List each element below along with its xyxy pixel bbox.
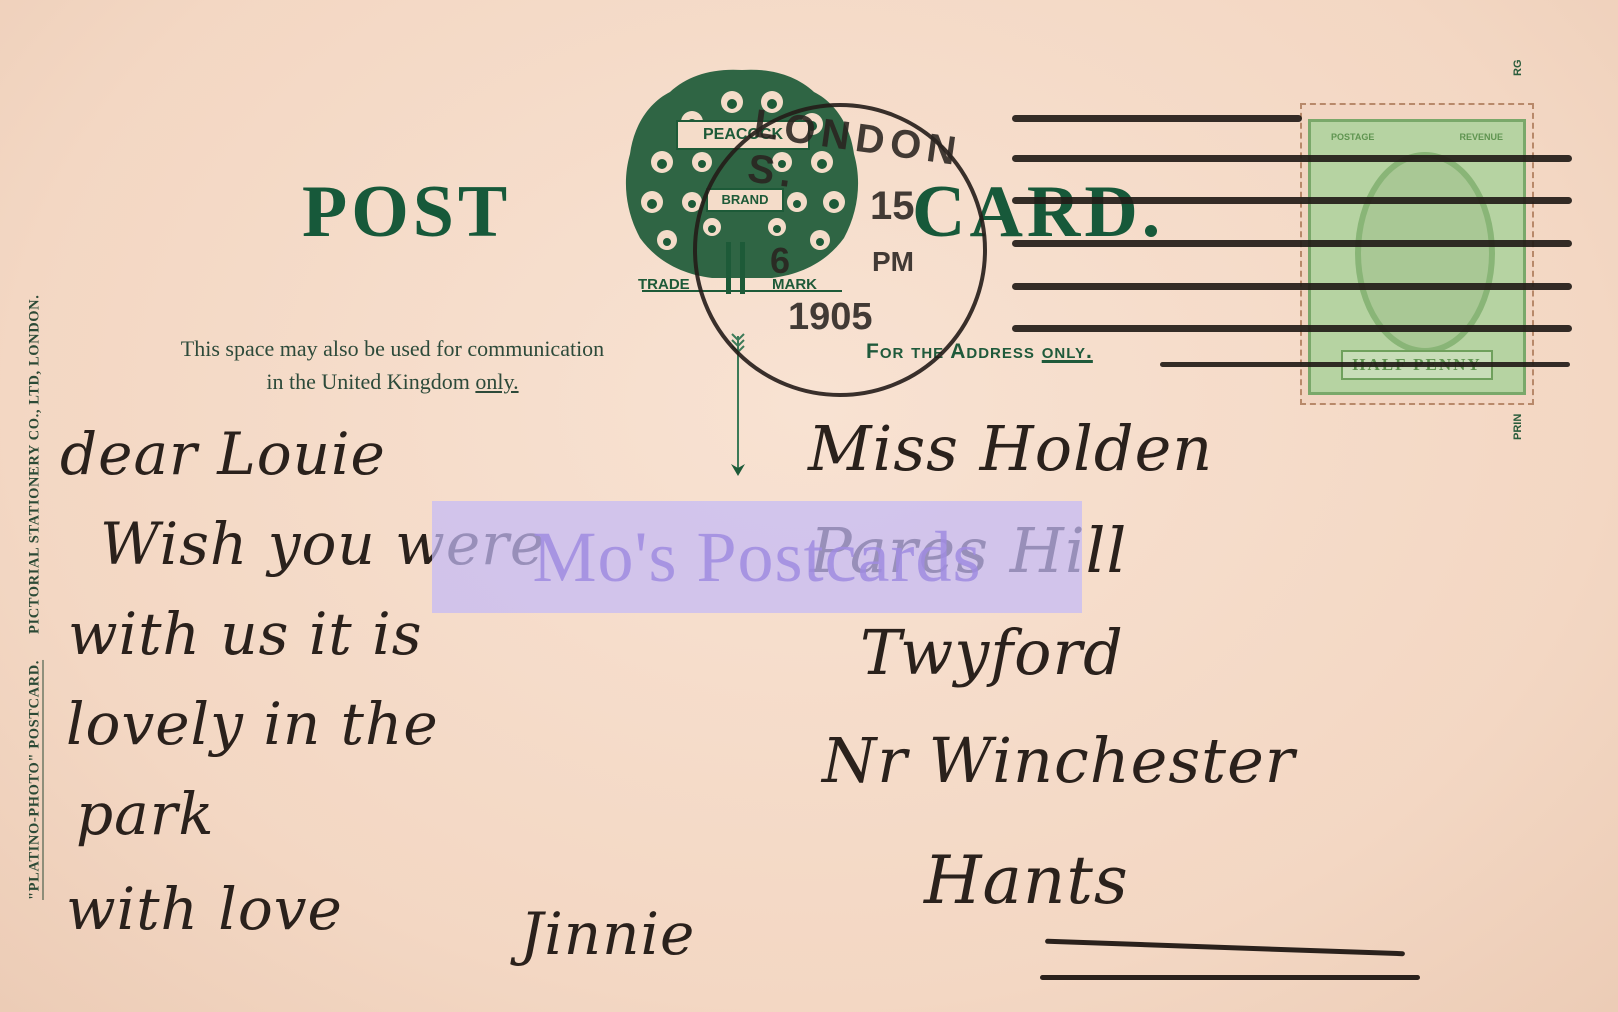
postmark-ampm: PM — [872, 246, 914, 278]
postmark-year: 1905 — [788, 296, 873, 339]
address-line: Hants — [924, 848, 1129, 914]
address-only-underlined: only. — [1042, 340, 1093, 363]
publisher-imprint: "PLATINO-PHOTO" POSTCARD. PICTORIAL STAT… — [20, 70, 50, 900]
communication-note: This space may also be used for communic… — [90, 332, 695, 398]
communication-note-line1: This space may also be used for communic… — [90, 332, 695, 365]
address-line: Twyford — [860, 622, 1124, 684]
message-signature: Jinnie — [520, 905, 695, 963]
message-line: dear Louie — [60, 425, 386, 483]
brand-imprint: "PLATINO-PHOTO" POSTCARD. — [27, 660, 44, 900]
publisher-name: PICTORIAL STATIONERY CO., LTD, LONDON. — [27, 294, 44, 633]
only-underlined: only. — [475, 369, 518, 394]
message-line: with love — [66, 880, 343, 938]
communication-note-line2: in the United Kingdom only. — [90, 365, 695, 398]
stamp-top-text: POSTAGE REVENUE — [1331, 132, 1503, 154]
cancel-line — [1012, 283, 1572, 290]
address-line: Miss Holden — [808, 418, 1213, 480]
king-portrait-icon — [1355, 152, 1495, 354]
right-imprint-top: RG — [1512, 60, 1534, 77]
address-underline — [1040, 975, 1420, 980]
cancel-line — [1012, 240, 1572, 247]
postmark-date: 15 — [870, 184, 915, 229]
cancel-line — [1012, 115, 1302, 122]
right-imprint-bottom: PRIN — [1512, 414, 1534, 440]
postmark-hour: 6 — [770, 240, 790, 282]
communication-note-line2-text: in the United Kingdom — [266, 369, 475, 394]
trade-caption: TRADE — [638, 276, 690, 293]
address-line: Nr Winchester — [822, 730, 1295, 792]
postage-stamp: POSTAGE REVENUE HALF PENNY — [1300, 103, 1534, 405]
title-post: POST — [302, 170, 511, 255]
message-line: park — [76, 785, 215, 843]
postmark: LONDON S. 15 6 PM 1905 — [690, 100, 990, 400]
stamp-revenue-label: REVENUE — [1459, 132, 1503, 154]
stamp-postage-label: POSTAGE — [1331, 132, 1374, 154]
address-underline — [1045, 939, 1405, 957]
cancel-line — [1160, 362, 1570, 367]
cancel-line — [1012, 155, 1572, 162]
watermark: Mo's Postcards — [432, 501, 1082, 613]
cancel-line — [1012, 197, 1572, 204]
cancel-line — [1012, 325, 1572, 332]
message-line: lovely in the — [66, 695, 439, 753]
message-line: with us it is — [68, 605, 422, 663]
